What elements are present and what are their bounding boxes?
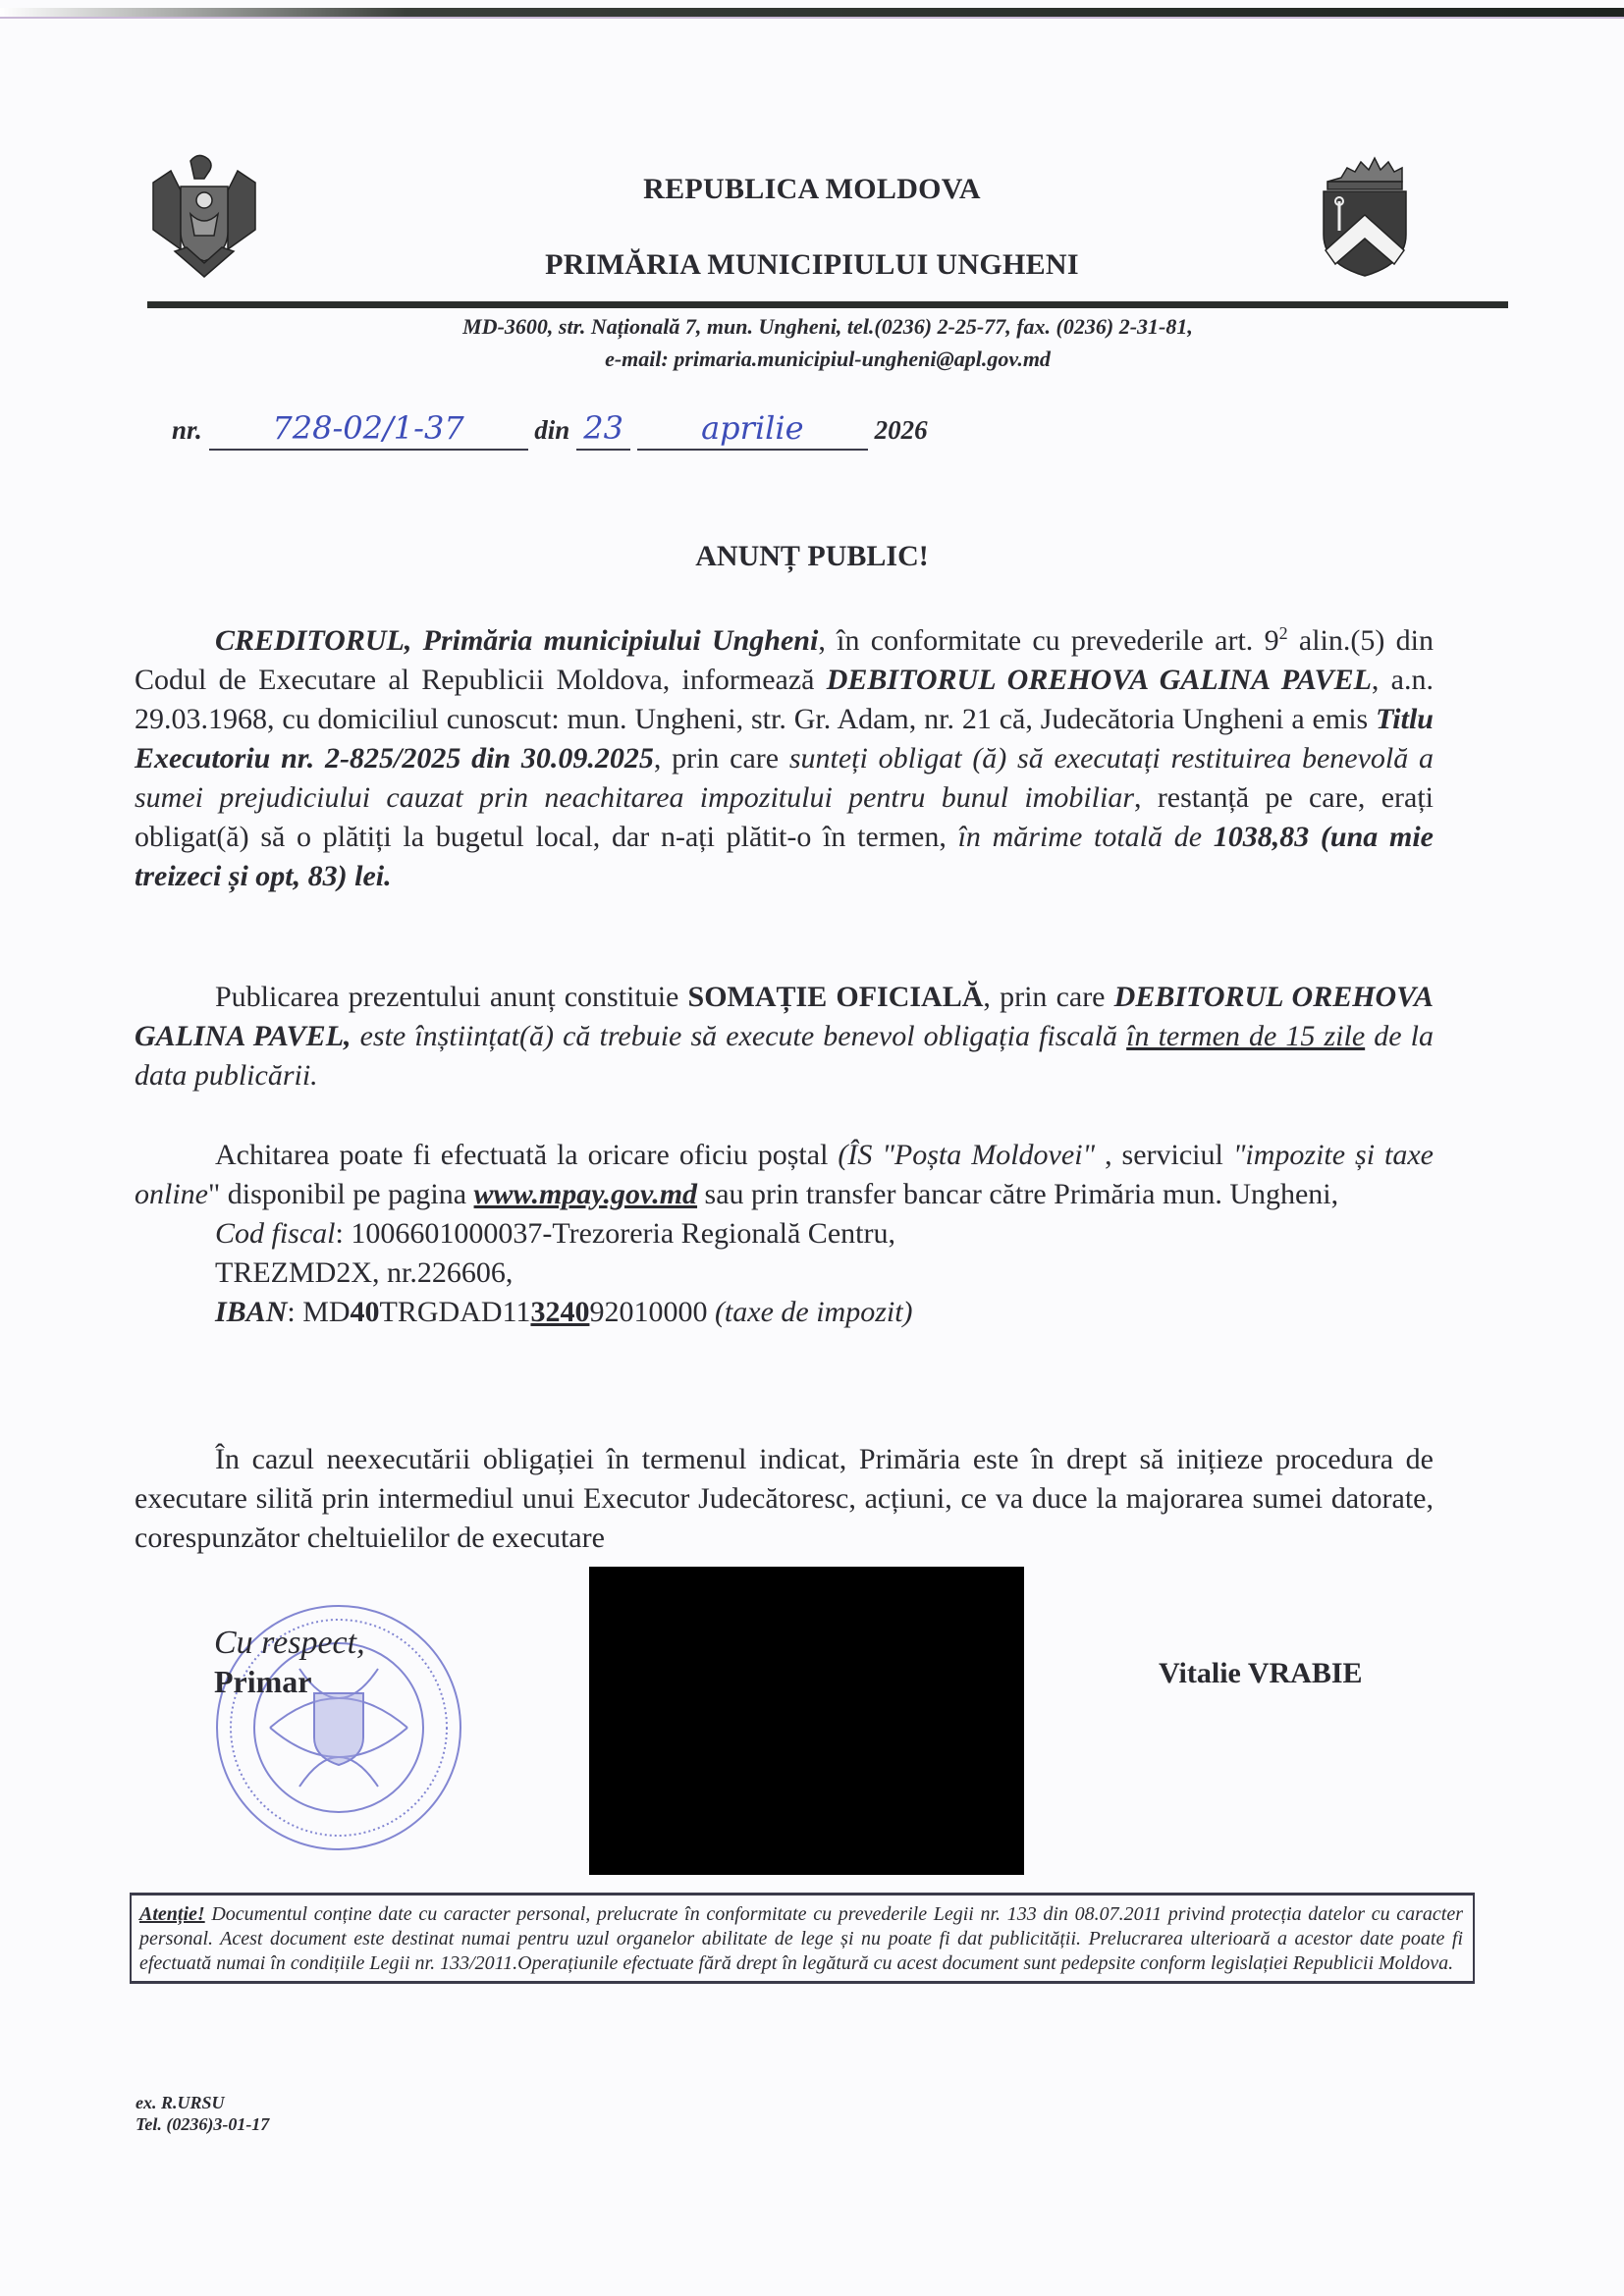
executor-phone: Tel. (0236)3-01-17	[135, 2113, 269, 2135]
reg-day: 23	[576, 407, 630, 451]
text: " disponibil pe pagina	[208, 1178, 474, 1210]
header-divider	[147, 301, 1508, 308]
reg-nr-label: nr.	[172, 415, 202, 445]
text: , prin care	[654, 742, 789, 774]
paragraph-summons: Publicarea prezentului anunț constituie …	[135, 978, 1434, 1095]
header-country: REPUBLICA MOLDOVA	[196, 173, 1428, 206]
reg-din-label: din	[534, 415, 569, 445]
disclaimer-label: Atenție!	[139, 1903, 205, 1925]
iban-part: 92010000	[589, 1296, 715, 1328]
reg-month: aprilie	[637, 407, 868, 451]
paragraph-notice: CREDITORUL, Primăria municipiului Unghen…	[135, 621, 1434, 896]
iban-part: TRGDAD11	[380, 1296, 531, 1328]
text: sau prin transfer bancar către Primăria …	[697, 1178, 1338, 1210]
text: Publicarea prezentului anunț constituie	[215, 981, 688, 1013]
iban-line: IBAN: MD40TRGDAD11324092010000 (taxe de …	[135, 1293, 1434, 1332]
bank-line: TREZMD2X, nr.226606,	[135, 1254, 1434, 1293]
iban-label: IBAN	[215, 1296, 287, 1328]
text: Achitarea poate fi efectuată la oricare …	[215, 1139, 838, 1171]
scan-top-edge	[0, 8, 1624, 17]
superscript: 2	[1279, 623, 1288, 643]
fiscal-code-line: Cod fiscal: 1006601000037-Trezoreria Reg…	[135, 1214, 1434, 1254]
disclaimer-text: Documentul conține date cu caracter pers…	[139, 1903, 1463, 1974]
closing-salutation: Cu respect,	[214, 1625, 365, 1662]
paragraph-payment: Achitarea poate fi efectuată la oricare …	[135, 1136, 1434, 1332]
scan-top-edge-line	[0, 17, 1624, 19]
header-email: e-mail: primaria.municipiul-ungheni@apl.…	[147, 347, 1508, 372]
executor-name: ex. R.URSU	[135, 2092, 269, 2113]
mpay-link[interactable]: www.mpay.gov.md	[474, 1178, 698, 1210]
header-institution: PRIMĂRIA MUNICIPIULUI UNGHENI	[196, 248, 1428, 282]
iban-part: 3240	[530, 1296, 589, 1328]
reg-nr-value: 728-02/1-37	[209, 407, 528, 451]
redacted-signature	[589, 1567, 1024, 1875]
header-address: MD-3600, str. Națională 7, mun. Ungheni,…	[147, 314, 1508, 340]
executor-info: ex. R.URSU Tel. (0236)3-01-17	[135, 2092, 269, 2135]
text: este înștiințat(ă) că trebuie să execute…	[352, 1020, 1127, 1052]
text: , în conformitate cu prevederile art. 9	[818, 624, 1278, 657]
official-summons: SOMAȚIE OFICIALĂ	[688, 981, 984, 1013]
total-label: în mărime totală de	[958, 821, 1214, 853]
post-office: (ÎS "Poșta Moldovei"	[838, 1139, 1095, 1171]
signer-role: Primar	[214, 1664, 312, 1700]
reg-year: 2026	[875, 415, 928, 445]
privacy-disclaimer: Atenție! Documentul conține date cu cara…	[130, 1893, 1475, 1984]
fiscal-code-value: : 1006601000037-Trezoreria Regională Cen…	[336, 1217, 895, 1250]
deadline: în termen de 15 zile	[1126, 1020, 1365, 1052]
creditor-name: CREDITORUL, Primăria municipiului Unghen…	[215, 624, 818, 657]
iban-part: : MD	[287, 1296, 350, 1328]
iban-part: 40	[351, 1296, 380, 1328]
fiscal-code-label: Cod fiscal	[215, 1217, 336, 1250]
signer-name: Vitalie VRABIE	[1159, 1657, 1363, 1690]
enforcement-text: În cazul neexecutării obligației în term…	[135, 1440, 1434, 1558]
text: , serviciul	[1095, 1139, 1233, 1171]
text: , prin care	[983, 981, 1113, 1013]
debtor-name: DEBITORUL OREHOVA GALINA PAVEL	[827, 664, 1372, 696]
paragraph-enforcement: În cazul neexecutării obligației în term…	[135, 1440, 1434, 1558]
registration-line: nr. 728-02/1-37 din 23 aprilie 2026	[172, 407, 928, 451]
iban-note: (taxe de impozit)	[715, 1296, 913, 1328]
page-title: ANUNȚ PUBLIC!	[0, 540, 1624, 573]
